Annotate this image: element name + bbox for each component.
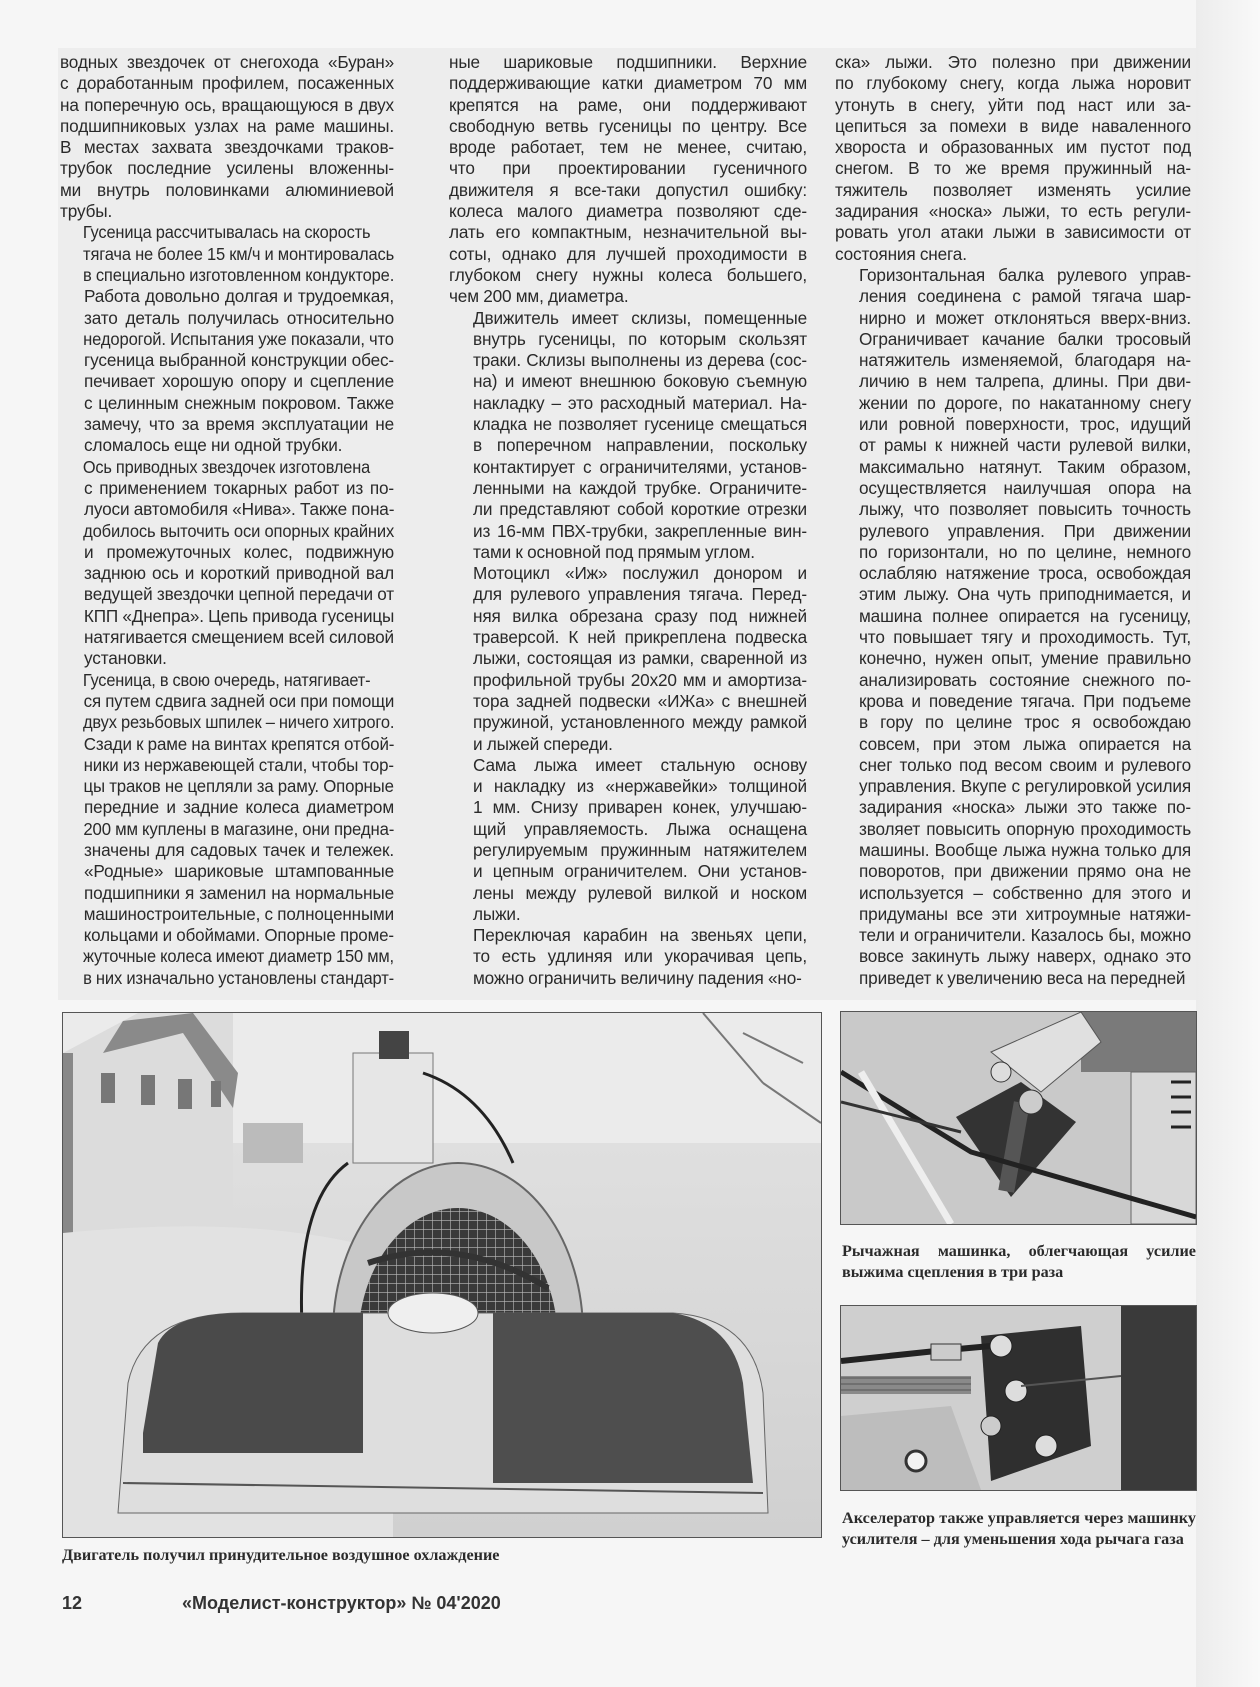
- text-line: ми внутрь половинками алюминиевой: [60, 180, 394, 201]
- text-line: гусеница выбранной конструкции обес-: [60, 350, 394, 371]
- text-line: движителя я все-таки допустил ошибку:: [449, 180, 807, 201]
- text-line: приведет к увеличению веса на передней: [835, 968, 1191, 989]
- figure-clutch-photo: [840, 1011, 1197, 1225]
- text-line: машина полнее опирается на гусеницу,: [835, 606, 1191, 627]
- text-line: состояния снега.: [835, 244, 1191, 265]
- text-line: Гусеница, в свою очередь, натягивает-: [60, 670, 370, 691]
- text-line: пружиной, установленного между рамкой: [449, 712, 807, 733]
- article-column-3: ска» лыжи. Это полезно при движениипо гл…: [835, 52, 1191, 989]
- text-line: что повышает тягу и проходимость. Тут,: [835, 627, 1191, 648]
- text-line: водных звездочек от снегохода «Буран»: [60, 52, 394, 73]
- text-line: конечно, нужен опыт, умение правильно: [835, 648, 1191, 669]
- text-line: этим лыжу. Она чуть приподнимается, и: [835, 584, 1191, 605]
- text-line: придуманы все эти хитроумные натяжи-: [835, 904, 1191, 925]
- text-line: снегом. В то же время пружинный на-: [835, 158, 1191, 179]
- text-line: трубок последние усилены вложенны-: [60, 158, 394, 179]
- text-line: колеса малого диаметра позволяют сде-: [449, 201, 807, 222]
- text-line: максимально натянут. Таким образом,: [835, 457, 1191, 478]
- text-line: установки.: [60, 648, 394, 669]
- text-line: ники из нержавеющей стали, чтобы тор-: [60, 755, 394, 776]
- text-line: машиностроительные, с полноценными: [60, 904, 394, 925]
- text-line: зато деталь получилась относительно: [60, 308, 394, 329]
- text-line: хвороста и образованных им пустот под: [835, 137, 1191, 158]
- text-line: контактирует с ограничителями, установ-: [449, 457, 807, 478]
- text-line: управления. Вкупе с регулировкой усилия: [835, 776, 1191, 797]
- text-line: Горизонтальная балка рулевого управ-: [835, 265, 1191, 286]
- text-line: цепиться за помехи в виде наваленного: [835, 116, 1191, 137]
- text-line: кладка не позволяет гусенице смещаться: [449, 414, 807, 435]
- text-line: что при проектировании гусеничного: [449, 158, 807, 179]
- text-line: ления соединена с рамой тягача шар-: [835, 286, 1191, 307]
- text-line: КПП «Днепра». Цепь привода гусеницы: [60, 606, 394, 627]
- figure-caption-accelerator: Акселератор также управляется через маши…: [842, 1508, 1196, 1550]
- text-line: глубоком снегу нужны колеса большего,: [449, 265, 807, 286]
- text-line: с доработанным профилем, посаженных: [60, 73, 394, 94]
- text-line: снег только под весом своим и рулевого: [835, 755, 1191, 776]
- text-line: лыжи.: [449, 904, 807, 925]
- text-line: и промежуточных колес, подвижную: [60, 542, 394, 563]
- text-line: на поперечную ось, вращающуюся в двух: [60, 95, 394, 116]
- text-line: двух резьбовых шпилек – ничего хитрого.: [60, 712, 394, 733]
- text-line: чем 200 мм, диаметра.: [449, 286, 807, 307]
- text-line: лыжу, что позволяет повысить точность: [835, 499, 1191, 520]
- text-line: Ось приводных звездочек изготовлена: [60, 457, 370, 478]
- text-line: регулируемым пружинным натяжителем: [449, 840, 807, 861]
- article-paragraph: Сама лыжа имеет стальную основуи накладк…: [449, 755, 807, 925]
- text-line: ли представляют собой короткие отрезки: [449, 499, 807, 520]
- text-line: из 16-мм ПВХ-трубки, закрепленные вин-: [449, 521, 807, 542]
- article-column-2: ные шариковые подшипники. Верхниеподдерж…: [449, 52, 807, 989]
- text-line: Гусеница рассчитывалась на скорость: [60, 222, 370, 243]
- text-line: Работа довольно долгая и трудоемкая,: [60, 286, 394, 307]
- text-line: в специально изготовленном кондукторе.: [60, 265, 394, 286]
- text-line: добилось выточить оси опорных крайних: [60, 521, 394, 542]
- text-line: крова и поведение тягача. При подъеме: [835, 691, 1191, 712]
- text-line: подшипниковых узлах на раме машины.: [60, 116, 394, 137]
- text-line: по глубокому снегу, когда лыжа норовит: [835, 73, 1191, 94]
- text-line: личию в нем талрепа, длины. При дви-: [835, 371, 1191, 392]
- text-line: печивает хорошую опору и сцепление: [60, 371, 394, 392]
- magazine-issue-title: «Моделист-конструктор» № 04'2020: [182, 1593, 501, 1614]
- text-line: поддерживающие катки диаметром 70 мм: [449, 73, 807, 94]
- text-line: 1 мм. Снизу приварен конек, улучшаю-: [449, 797, 807, 818]
- text-line: внутрь гусеницы, по которым скользят: [449, 329, 807, 350]
- text-line: лать его компактным, незначительной вы-: [449, 222, 807, 243]
- text-line: для рулевого управления тягача. Перед-: [449, 584, 807, 605]
- text-line: и цепным ограничителем. Они установ-: [449, 861, 807, 882]
- text-line: задирания «носка» лыжи, то есть регули-: [835, 201, 1191, 222]
- text-line: луоси автомобиля «Нива». Также пона-: [60, 499, 394, 520]
- engine-photo-illustration: [63, 1013, 821, 1537]
- article-column-1: водных звездочек от снегохода «Буран»с д…: [60, 52, 394, 989]
- text-line: вроде работает, тем не менее, считаю,: [449, 137, 807, 158]
- text-line: анализировать состояние снежного по-: [835, 670, 1191, 691]
- text-line: Сама лыжа имеет стальную основу: [449, 755, 807, 776]
- text-line: ослабляю натяжение троса, освобождая: [835, 563, 1191, 584]
- text-line: используется – собственно для этого и: [835, 883, 1191, 904]
- text-line: то есть удлиняя или укорачивая цепь,: [449, 946, 807, 967]
- text-line: и накладку из «нержавейки» толщиной: [449, 776, 807, 797]
- text-line: совсем, при этом лыжа опирается на: [835, 734, 1191, 755]
- text-line: недорогой. Испытания уже показали, что: [60, 329, 394, 350]
- article-paragraph: Гусеница рассчитывалась на скоростьтягач…: [60, 222, 394, 456]
- text-line: лыжи, состоящая из рамки, сваренной из: [449, 648, 807, 669]
- text-line: поворотов, при движении прямо она не: [835, 861, 1191, 882]
- text-line: на) и имеют внешнюю боковую съемную: [449, 371, 807, 392]
- text-line: накладку – это расходный материал. На-: [449, 393, 807, 414]
- text-line: от рамы к нижней части рулевой вилки,: [835, 435, 1191, 456]
- text-line: подшипники я заменил на нормальные: [60, 883, 394, 904]
- text-line: «Родные» шариковые штампованные: [60, 861, 394, 882]
- figure-caption-engine: Двигатель получил принудительное воздушн…: [62, 1545, 762, 1566]
- text-line: ровать угол атаки лыжи в зависимости от: [835, 222, 1191, 243]
- article-paragraph: водных звездочек от снегохода «Буран»с д…: [60, 52, 394, 222]
- text-line: задирания «носка» лыжи это также по-: [835, 797, 1191, 818]
- text-line: ленными на каждой трубке. Ограничите-: [449, 478, 807, 499]
- clutch-mechanism-illustration: [841, 1012, 1196, 1224]
- article-paragraph: ска» лыжи. Это полезно при движениипо гл…: [835, 52, 1191, 265]
- text-line: в них изначально установлены стандарт-: [60, 968, 394, 989]
- text-line: по горизонтали, но по целине, немного: [835, 542, 1191, 563]
- text-line: с целинным снежным покровом. Также: [60, 393, 394, 414]
- text-line: ся путем сдвига задней оси при помощи: [60, 691, 394, 712]
- article-paragraph: Движитель имеет склизы, помещенныевнутрь…: [449, 308, 807, 564]
- text-line: с применением токарных работ из по-: [60, 478, 394, 499]
- text-line: в гору по целине трос я освобождаю: [835, 712, 1191, 733]
- text-line: тягача не более 15 км/ч и монтировалась: [60, 244, 394, 265]
- text-line: вовсе закинуть лыжу наверх, однако это: [835, 946, 1191, 967]
- figure-engine-photo: [62, 1012, 822, 1538]
- article-paragraph: Ось приводных звездочек изготовленас при…: [60, 457, 394, 670]
- text-line: заднюю ось и короткий приводной вал: [60, 563, 394, 584]
- text-line: значены для садовых тачек и тележек.: [60, 840, 394, 861]
- text-line: соты, однако для лучшей проходимости в: [449, 244, 807, 265]
- text-line: и лыжей спереди.: [449, 734, 807, 755]
- text-line: Переключая карабин на звеньях цепи,: [449, 925, 807, 946]
- text-line: сломалось еще ни одной трубки.: [60, 435, 394, 456]
- text-line: 200 мм куплены в магазине, они предна-: [60, 819, 394, 840]
- text-line: машины. Вообще лыжа нужна только для: [835, 840, 1191, 861]
- text-line: передние и задние колеса диаметром: [60, 797, 394, 818]
- text-line: ска» лыжи. Это полезно при движении: [835, 52, 1191, 73]
- text-line: осуществляется наилучшая опора на: [835, 478, 1191, 499]
- page-edge: [1196, 0, 1260, 1687]
- text-line: няя вилка обрезана сразу под нижней: [449, 606, 807, 627]
- text-line: натяжитель изменяемой, благодаря на-: [835, 350, 1191, 371]
- article-paragraph: ные шариковые подшипники. Верхниеподдерж…: [449, 52, 807, 308]
- accelerator-mechanism-illustration: [841, 1306, 1196, 1490]
- text-line: щий управляемость. Лыжа оснащена: [449, 819, 807, 840]
- text-line: в поперечном направлении, поскольку: [449, 435, 807, 456]
- article-paragraph: Переключая карабин на звеньях цепи,то ес…: [449, 925, 807, 989]
- text-line: свободную ветвь гусеницы по центру. Все: [449, 116, 807, 137]
- text-line: профильной трубы 20х20 мм и амортиза-: [449, 670, 807, 691]
- text-line: трубы.: [60, 201, 394, 222]
- article-paragraph: Гусеница, в свою очередь, натягивает-ся …: [60, 670, 394, 989]
- text-line: ведущей звездочки цепной передачи от: [60, 584, 394, 605]
- text-line: нирно и может отклоняться вверх-вниз.: [835, 308, 1191, 329]
- text-line: траверсой. К ней прикреплена подвеска: [449, 627, 807, 648]
- article-paragraph: Горизонтальная балка рулевого управ-лени…: [835, 265, 1191, 989]
- page-number: 12: [62, 1593, 82, 1614]
- text-line: Мотоцикл «Иж» послужил донором и: [449, 563, 807, 584]
- text-line: тами к основной под прямым углом.: [449, 542, 807, 563]
- text-line: тяжитель позволяет изменять усилие: [835, 180, 1191, 201]
- text-line: утонуть в снегу, уйти под наст или за-: [835, 95, 1191, 116]
- text-line: или ровной поверхности, трос, идущий: [835, 414, 1191, 435]
- text-line: тели и ограничители. Казалось бы, можно: [835, 925, 1191, 946]
- text-line: рулевого управления. При движении: [835, 521, 1191, 542]
- text-line: В местах захвата звездочками траков-: [60, 137, 394, 158]
- text-line: Ограничивает качание балки тросовый: [835, 329, 1191, 350]
- text-line: тора задней подвески «ИЖа» с внешней: [449, 691, 807, 712]
- text-line: крепятся на раме, они поддерживают: [449, 95, 807, 116]
- article-paragraph: Мотоцикл «Иж» послужил донором идля руле…: [449, 563, 807, 755]
- text-line: Движитель имеет склизы, помещенные: [449, 308, 807, 329]
- text-line: Сзади к раме на винтах крепятся отбой-: [60, 734, 394, 755]
- text-line: жуточные колеса имеют диаметр 150 мм,: [60, 946, 394, 967]
- text-line: траки. Склизы выполнены из дерева (сос-: [449, 350, 807, 371]
- text-line: замечу, что за время эксплуатации не: [60, 414, 394, 435]
- text-line: зволяет повысить опорную проходимость: [835, 819, 1191, 840]
- text-line: цы траков не цепляли за раму. Опорные: [60, 776, 394, 797]
- text-line: можно ограничить величину падения «но-: [449, 968, 807, 989]
- text-line: кольцами и обоймами. Опорные проме-: [60, 925, 394, 946]
- figure-accelerator-photo: [840, 1305, 1197, 1491]
- text-line: ные шариковые подшипники. Верхние: [449, 52, 807, 73]
- text-line: натягивается смещением всей силовой: [60, 627, 394, 648]
- text-line: лены между рулевой вилкой и носком: [449, 883, 807, 904]
- figure-caption-clutch: Рычажная машинка, облегчающая усилие выж…: [842, 1241, 1196, 1283]
- text-line: жении по дороге, по накатанному снегу: [835, 393, 1191, 414]
